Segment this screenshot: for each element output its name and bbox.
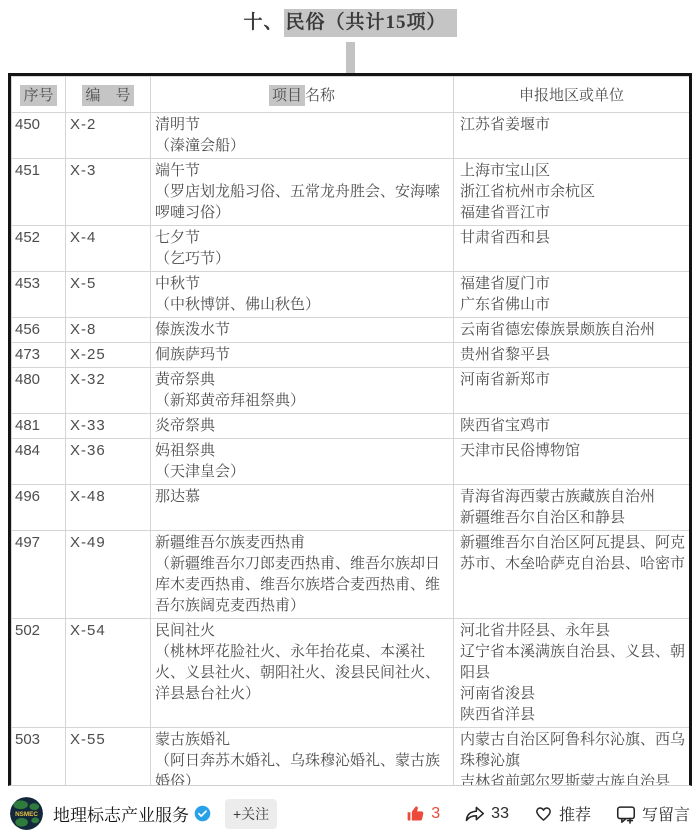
code-cell: X-32	[66, 368, 151, 414]
name-cell: 那达慕	[151, 485, 454, 531]
col-header-project-name: 项目名称	[151, 77, 454, 113]
region-line: 新疆维吾尔自治区阿瓦提县、阿克苏市、木垒哈萨克自治县、哈密市	[460, 532, 685, 574]
col-header-project-name-highlight: 项目	[269, 85, 305, 106]
table-row: 503 X-55 蒙古族婚礼 （阿日奔苏木婚礼、乌珠穆沁婚礼、蒙古族婚俗） 内蒙…	[12, 728, 690, 787]
article-footer-bar: NSMEC 地理标志产业服务 +关注 3 33 推荐	[0, 786, 700, 830]
heart-icon	[533, 803, 554, 824]
table-row: 452 X-4 七夕节 （乞巧节） 甘肃省西和县	[12, 226, 690, 272]
region-line: 江苏省姜堰市	[460, 114, 685, 135]
project-name: 中秋节	[155, 273, 449, 294]
thumbs-up-icon	[405, 803, 426, 824]
region-cell: 上海市宝山区浙江省杭州市余杭区福建省晋江市	[454, 159, 690, 226]
project-name: 蒙古族婚礼	[155, 729, 449, 750]
project-name: 傣族泼水节	[155, 319, 449, 340]
page-title-highlight: 民俗（共计15项）	[284, 9, 457, 37]
region-cell: 新疆维吾尔自治区阿瓦提县、阿克苏市、木垒哈萨克自治县、哈密市	[454, 531, 690, 619]
page-title-prefix: 十、	[243, 12, 283, 33]
title-connector-bar	[346, 42, 355, 73]
table-row: 481 X-33 炎帝祭典 陕西省宝鸡市	[12, 414, 690, 439]
project-subnames: （阿日奔苏木婚礼、乌珠穆沁婚礼、蒙古族婚俗）	[155, 750, 449, 786]
region-cell: 甘肃省西和县	[454, 226, 690, 272]
region-line: 辽宁省本溪满族自治县、义县、朝阳县	[460, 641, 685, 683]
serial-cell: 502	[12, 619, 66, 728]
region-cell: 天津市民俗博物馆	[454, 439, 690, 485]
code-cell: X-54	[66, 619, 151, 728]
serial-cell: 480	[12, 368, 66, 414]
name-cell: 妈祖祭典 （天津皇会）	[151, 439, 454, 485]
region-line: 河南省新郑市	[460, 369, 685, 390]
name-cell: 中秋节 （中秋博饼、佛山秋色）	[151, 272, 454, 318]
region-cell: 贵州省黎平县	[454, 343, 690, 368]
share-arrow-icon	[464, 803, 486, 825]
region-cell: 青海省海西蒙古族藏族自治州新疆维吾尔自治区和静县	[454, 485, 690, 531]
region-line: 天津市民俗博物馆	[460, 440, 685, 461]
region-line: 甘肃省西和县	[460, 227, 685, 248]
project-name: 新疆维吾尔族麦西热甫	[155, 532, 449, 553]
table-row: 456 X-8 傣族泼水节 云南省德宏傣族景颇族自治州	[12, 318, 690, 343]
project-subnames: （天津皇会）	[155, 461, 449, 482]
serial-cell: 496	[12, 485, 66, 531]
serial-cell: 453	[12, 272, 66, 318]
region-line: 内蒙古自治区阿鲁科尔沁旗、西乌珠穆沁旗	[460, 729, 685, 771]
code-cell: X-55	[66, 728, 151, 787]
project-name: 那达慕	[155, 486, 449, 507]
like-count: 3	[431, 805, 440, 823]
name-cell: 炎帝祭典	[151, 414, 454, 439]
code-cell: X-2	[66, 113, 151, 159]
name-cell: 清明节 （溱潼会船）	[151, 113, 454, 159]
project-name: 侗族萨玛节	[155, 344, 449, 365]
name-cell: 端午节 （罗店划龙船习俗、五常龙舟胜会、安海嗦啰嗹习俗）	[151, 159, 454, 226]
name-cell: 新疆维吾尔族麦西热甫 （新疆维吾尔刀郎麦西热甫、维吾尔族却日库木麦西热甫、维吾尔…	[151, 531, 454, 619]
recommend-button[interactable]: 推荐	[533, 802, 591, 825]
region-cell: 河南省新郑市	[454, 368, 690, 414]
serial-cell: 456	[12, 318, 66, 343]
name-cell: 蒙古族婚礼 （阿日奔苏木婚礼、乌珠穆沁婚礼、蒙古族婚俗）	[151, 728, 454, 787]
col-header-project-name-rest: 名称	[305, 87, 335, 104]
region-line: 河北省井陉县、永年县	[460, 620, 685, 641]
region-line: 吉林省前郭尔罗斯蒙古族自治县	[460, 771, 685, 786]
region-cell: 河北省井陉县、永年县辽宁省本溪满族自治县、义县、朝阳县河南省浚县陕西省洋县	[454, 619, 690, 728]
project-name: 七夕节	[155, 227, 449, 248]
share-count: 33	[491, 805, 509, 823]
code-cell: X-33	[66, 414, 151, 439]
action-bar: 3 33 推荐 写留言	[405, 802, 690, 825]
project-subnames: （新疆维吾尔刀郎麦西热甫、维吾尔族却日库木麦西热甫、维吾尔族塔合麦西热甫、维吾尔…	[155, 553, 449, 616]
serial-cell: 451	[12, 159, 66, 226]
share-button[interactable]: 33	[464, 803, 509, 825]
code-cell: X-36	[66, 439, 151, 485]
table-row: 473 X-25 侗族萨玛节 贵州省黎平县	[12, 343, 690, 368]
code-cell: X-49	[66, 531, 151, 619]
region-line: 福建省厦门市	[460, 273, 685, 294]
project-name: 端午节	[155, 160, 449, 181]
avatar[interactable]: NSMEC	[10, 797, 43, 830]
region-line: 新疆维吾尔自治区和静县	[460, 507, 685, 528]
project-subnames: （溱潼会船）	[155, 135, 449, 156]
project-name: 清明节	[155, 114, 449, 135]
region-cell: 江苏省姜堰市	[454, 113, 690, 159]
verified-badge-icon	[194, 805, 211, 822]
region-line: 陕西省洋县	[460, 704, 685, 725]
comment-button[interactable]: 写留言	[615, 802, 690, 825]
table-row: 484 X-36 妈祖祭典 （天津皇会） 天津市民俗博物馆	[12, 439, 690, 485]
project-name: 炎帝祭典	[155, 415, 449, 436]
heritage-table: 序号 编 号 项目名称 申报地区或单位 450 X-2 清明节 （溱潼会船） 江…	[8, 73, 692, 786]
project-subnames: （罗店划龙船习俗、五常龙舟胜会、安海嗦啰嗹习俗）	[155, 181, 449, 223]
page-title: 十、民俗（共计15项）	[0, 7, 700, 34]
table-header-row: 序号 编 号 项目名称 申报地区或单位	[12, 77, 690, 113]
project-subnames: （乞巧节）	[155, 248, 449, 269]
project-subnames: （桃林坪花脸社火、永年抬花桌、本溪社火、义县社火、朝阳社火、浚县民间社火、洋县悬…	[155, 641, 449, 704]
region-cell: 福建省厦门市广东省佛山市	[454, 272, 690, 318]
region-line: 广东省佛山市	[460, 294, 685, 315]
project-subnames: （新郑黄帝拜祖祭典）	[155, 390, 449, 411]
region-line: 贵州省黎平县	[460, 344, 685, 365]
serial-cell: 450	[12, 113, 66, 159]
code-cell: X-8	[66, 318, 151, 343]
region-line: 河南省浚县	[460, 683, 685, 704]
region-cell: 云南省德宏傣族景颇族自治州	[454, 318, 690, 343]
name-cell: 傣族泼水节	[151, 318, 454, 343]
follow-button[interactable]: +关注	[225, 799, 277, 829]
serial-cell: 473	[12, 343, 66, 368]
account-info: NSMEC 地理标志产业服务 +关注	[10, 797, 277, 830]
like-button[interactable]: 3	[405, 803, 440, 824]
table-row: 502 X-54 民间社火 （桃林坪花脸社火、永年抬花桌、本溪社火、义县社火、朝…	[12, 619, 690, 728]
serial-cell: 452	[12, 226, 66, 272]
table-row: 451 X-3 端午节 （罗店划龙船习俗、五常龙舟胜会、安海嗦啰嗹习俗） 上海市…	[12, 159, 690, 226]
code-cell: X-5	[66, 272, 151, 318]
name-cell: 民间社火 （桃林坪花脸社火、永年抬花桌、本溪社火、义县社火、朝阳社火、浚县民间社…	[151, 619, 454, 728]
region-line: 云南省德宏傣族景颇族自治州	[460, 319, 685, 340]
region-line: 福建省晋江市	[460, 202, 685, 223]
project-subnames: （中秋博饼、佛山秋色）	[155, 294, 449, 315]
col-header-code: 编 号	[66, 77, 151, 113]
code-cell: X-48	[66, 485, 151, 531]
region-line: 浙江省杭州市余杭区	[460, 181, 685, 202]
serial-cell: 484	[12, 439, 66, 485]
project-name: 民间社火	[155, 620, 449, 641]
code-cell: X-3	[66, 159, 151, 226]
table-row: 496 X-48 那达慕 青海省海西蒙古族藏族自治州新疆维吾尔自治区和静县	[12, 485, 690, 531]
region-line: 陕西省宝鸡市	[460, 415, 685, 436]
serial-cell: 481	[12, 414, 66, 439]
avatar-logo-text: NSMEC	[15, 811, 38, 818]
name-cell: 七夕节 （乞巧节）	[151, 226, 454, 272]
col-header-serial: 序号	[12, 77, 66, 113]
serial-cell: 503	[12, 728, 66, 787]
region-line: 上海市宝山区	[460, 160, 685, 181]
table-row: 450 X-2 清明节 （溱潼会船） 江苏省姜堰市	[12, 113, 690, 159]
region-cell: 陕西省宝鸡市	[454, 414, 690, 439]
recommend-label: 推荐	[559, 802, 591, 825]
serial-cell: 497	[12, 531, 66, 619]
comment-plus-icon	[615, 803, 637, 825]
name-cell: 侗族萨玛节	[151, 343, 454, 368]
code-cell: X-25	[66, 343, 151, 368]
table-row: 453 X-5 中秋节 （中秋博饼、佛山秋色） 福建省厦门市广东省佛山市	[12, 272, 690, 318]
account-name[interactable]: 地理标志产业服务	[53, 801, 189, 826]
table-row: 497 X-49 新疆维吾尔族麦西热甫 （新疆维吾尔刀郎麦西热甫、维吾尔族却日库…	[12, 531, 690, 619]
col-header-region: 申报地区或单位	[454, 77, 690, 113]
name-cell: 黄帝祭典 （新郑黄帝拜祖祭典）	[151, 368, 454, 414]
code-cell: X-4	[66, 226, 151, 272]
project-name: 黄帝祭典	[155, 369, 449, 390]
project-name: 妈祖祭典	[155, 440, 449, 461]
table-row: 480 X-32 黄帝祭典 （新郑黄帝拜祖祭典） 河南省新郑市	[12, 368, 690, 414]
comment-label: 写留言	[642, 802, 690, 825]
region-line: 青海省海西蒙古族藏族自治州	[460, 486, 685, 507]
region-cell: 内蒙古自治区阿鲁科尔沁旗、西乌珠穆沁旗吉林省前郭尔罗斯蒙古族自治县	[454, 728, 690, 787]
